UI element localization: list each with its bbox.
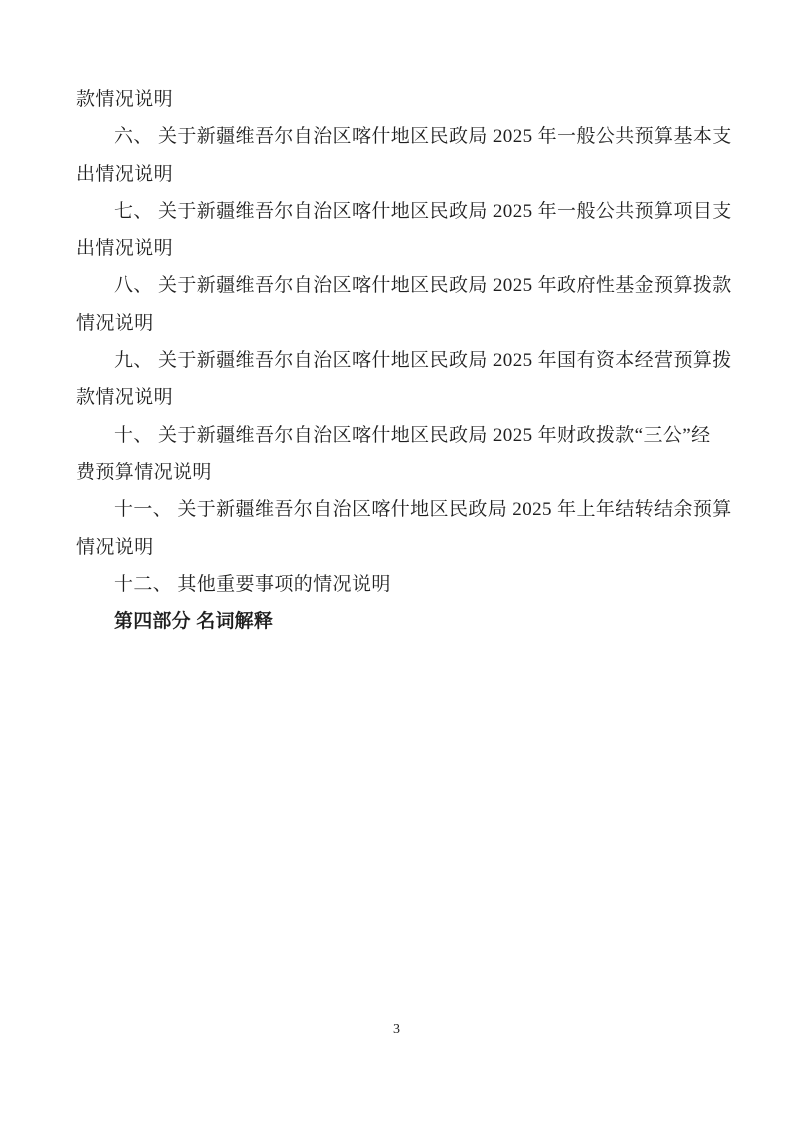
toc-line: 六、 关于新疆维吾尔自治区喀什地区民政局 2025 年一般公共预算基本支 [76, 118, 736, 155]
toc-line: 情况说明 [76, 305, 736, 342]
document-page: 款情况说明六、 关于新疆维吾尔自治区喀什地区民政局 2025 年一般公共预算基本… [0, 0, 793, 1122]
toc-line: 十、 关于新疆维吾尔自治区喀什地区民政局 2025 年财政拨款“三公”经 [76, 417, 736, 454]
toc-line: 出情况说明 [76, 230, 736, 267]
toc-line: 款情况说明 [76, 379, 736, 416]
toc-line: 费预算情况说明 [76, 454, 736, 491]
toc-line: 情况说明 [76, 529, 736, 566]
toc-line: 八、 关于新疆维吾尔自治区喀什地区民政局 2025 年政府性基金预算拨款 [76, 267, 736, 304]
toc-line: 七、 关于新疆维吾尔自治区喀什地区民政局 2025 年一般公共预算项目支 [76, 193, 736, 230]
section-heading: 第四部分 名词解释 [76, 603, 736, 640]
toc-line: 十一、 关于新疆维吾尔自治区喀什地区民政局 2025 年上年结转结余预算 [76, 491, 736, 528]
document-body: 款情况说明六、 关于新疆维吾尔自治区喀什地区民政局 2025 年一般公共预算基本… [76, 81, 736, 640]
toc-line: 十二、 其他重要事项的情况说明 [76, 566, 736, 603]
page-number: 3 [0, 1021, 793, 1039]
toc-line: 九、 关于新疆维吾尔自治区喀什地区民政局 2025 年国有资本经营预算拨 [76, 342, 736, 379]
toc-line: 出情况说明 [76, 156, 736, 193]
toc-line: 款情况说明 [76, 81, 736, 118]
